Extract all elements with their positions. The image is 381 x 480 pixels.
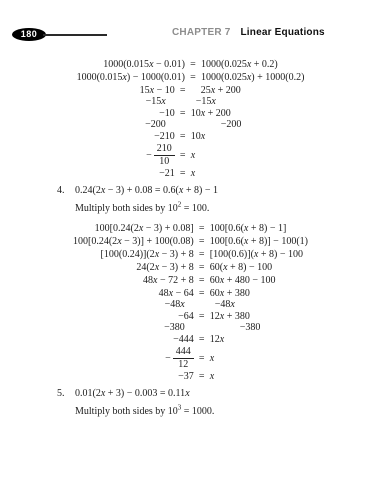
equation-left: −380 — [73, 323, 194, 333]
equation-right: 60x + 480 − 100 — [210, 274, 308, 287]
page-number-badge: 180 — [12, 28, 46, 41]
equation-right: −48x — [210, 300, 308, 310]
equation-left: −44412 — [73, 346, 194, 370]
fraction: −21010 — [146, 144, 175, 167]
fraction-stack: 44412 — [173, 347, 194, 370]
equals-sign: = — [194, 333, 210, 346]
equation-left: 24(2x − 3) + 8 — [73, 261, 194, 274]
equation-left: 48x − 72 + 8 — [73, 274, 194, 287]
equation-right: x — [210, 370, 308, 383]
equals-sign — [194, 300, 210, 310]
equals-sign: = — [175, 107, 191, 120]
equation-right: −380 — [210, 323, 308, 333]
equation-left: −444 — [73, 333, 194, 346]
equals-sign: = — [194, 274, 210, 287]
equation-left: −37 — [73, 370, 194, 383]
note-suffix: = 1000. — [181, 406, 214, 417]
header-divider-line — [43, 34, 107, 36]
denominator: 10 — [154, 156, 175, 167]
equals-sign: = — [194, 235, 210, 248]
equation-right: 1000(0.025x) + 1000(0.2) — [201, 71, 304, 84]
fraction: −44412 — [165, 347, 194, 370]
equation-left: 100[0.24(2x − 3) + 0.08] — [73, 222, 194, 235]
equation-right: 12x — [210, 333, 308, 346]
equation-left: −15x — [140, 97, 175, 107]
problem-statement: 5.0.01(2x + 3) − 0.003 = 0.11x — [57, 387, 381, 400]
problem-equation: 0.01(2x + 3) − 0.003 = 0.11x — [75, 388, 190, 399]
equation-row: 48x − 72 + 8=60x + 480 − 100 — [73, 274, 308, 287]
equation-left: −48x — [73, 300, 194, 310]
equation-right: 10x — [191, 130, 242, 143]
equation-right: x — [191, 143, 242, 167]
equation-row: 24(2x − 3) + 8=60(x + 8) − 100 — [73, 261, 308, 274]
equation-row: −64=12x + 380 — [73, 310, 308, 323]
equals-sign: = — [194, 248, 210, 261]
subtraction-row: −380−380 — [73, 323, 308, 333]
equation-right: x — [210, 346, 308, 370]
equals-sign: = — [175, 130, 191, 143]
equation-right: 100[0.6(x + 8) − 1] — [210, 222, 308, 235]
problem-number: 4. — [57, 184, 75, 197]
equation-right: [100(0.6)](x + 8) − 100 — [210, 248, 308, 261]
chapter-title: Linear Equations — [240, 27, 324, 38]
equation-left: 100[0.24(2x − 3)] + 100(0.08) — [73, 235, 194, 248]
problem-number: 5. — [57, 387, 75, 400]
equals-sign — [175, 97, 191, 107]
steps-block: 100[0.24(2x − 3) + 0.08]=100[0.6(x + 8) … — [73, 222, 308, 383]
note-prefix: Multiply both sides by 10 — [75, 203, 178, 214]
fraction-row: −44412=x — [73, 346, 308, 370]
subtraction-row: −15x−15x — [140, 97, 242, 107]
denominator: 12 — [173, 359, 194, 370]
numerator: 444 — [173, 347, 194, 359]
equals-sign: = — [194, 287, 210, 300]
equals-sign: = — [175, 84, 191, 97]
page-number: 180 — [21, 30, 38, 39]
equals-sign: = — [175, 167, 191, 180]
equals-sign — [194, 323, 210, 333]
steps-block: 15x − 10=25x + 200−15x−15x−10=10x + 200−… — [140, 84, 242, 180]
content: 1000(0.015x − 0.01)=1000(0.025x + 0.2)10… — [0, 58, 381, 425]
equals-sign: = — [175, 143, 191, 167]
equation-left: 1000(0.015x) − 1000(0.01) — [77, 71, 185, 84]
equation-left: −200 — [140, 120, 175, 130]
equals-sign: = — [194, 310, 210, 323]
equation-row: 100[0.24(2x − 3)] + 100(0.08)=100[0.6(x … — [73, 235, 308, 248]
subtraction-row: −200−200 — [140, 120, 242, 130]
equation-row: −37=x — [73, 370, 308, 383]
equation-left: [100(0.24)](2x − 3) + 8 — [73, 248, 194, 261]
textbook-page: 180 CHAPTER 7Linear Equations 1000(0.015… — [0, 0, 381, 480]
problem-statement: 4.0.24(2x − 3) + 0.08 = 0.6(x + 8) − 1 — [57, 184, 381, 197]
equation-row: −210=10x — [140, 130, 242, 143]
equation-left: 1000(0.015x − 0.01) — [77, 58, 185, 71]
equation-row: 100[0.24(2x − 3) + 0.08]=100[0.6(x + 8) … — [73, 222, 308, 235]
steps-block: 1000(0.015x − 0.01)=1000(0.025x + 0.2)10… — [77, 58, 305, 84]
equals-sign — [175, 120, 191, 130]
equation-right: x — [191, 167, 242, 180]
numerator: 210 — [154, 144, 175, 156]
equation-row: −444=12x — [73, 333, 308, 346]
equation-row: −21=x — [140, 167, 242, 180]
equals-sign: = — [194, 261, 210, 274]
equals-sign: = — [185, 71, 201, 84]
note-prefix: Multiply both sides by 10 — [75, 406, 178, 417]
equation-left: −210 — [140, 130, 175, 143]
fraction-stack: 21010 — [154, 144, 175, 167]
equation-row: 1000(0.015x − 0.01)=1000(0.025x + 0.2) — [77, 58, 305, 71]
equals-sign: = — [194, 370, 210, 383]
equation-left: −21010 — [140, 143, 175, 167]
equation-right: −15x — [191, 97, 242, 107]
problem-equation: 0.24(2x − 3) + 0.08 = 0.6(x + 8) − 1 — [75, 185, 218, 196]
equals-sign: = — [194, 346, 210, 370]
chapter-label: CHAPTER 7 — [172, 27, 230, 38]
equation-right: 1000(0.025x + 0.2) — [201, 58, 304, 71]
equation-row: 1000(0.015x) − 1000(0.01)=1000(0.025x) +… — [77, 71, 305, 84]
method-note: Multiply both sides by 103 = 1000. — [75, 405, 381, 418]
minus-sign: − — [146, 150, 152, 161]
equation-right: −200 — [191, 120, 242, 130]
equation-row: [100(0.24)](2x − 3) + 8=[100(0.6)](x + 8… — [73, 248, 308, 261]
equation-right: 60(x + 8) − 100 — [210, 261, 308, 274]
equals-sign: = — [185, 58, 201, 71]
equals-sign: = — [194, 222, 210, 235]
minus-sign: − — [165, 353, 171, 364]
subtraction-row: −48x−48x — [73, 300, 308, 310]
method-note: Multiply both sides by 102 = 100. — [75, 202, 381, 215]
equation-left: −21 — [140, 167, 175, 180]
equation-right: 100[0.6(x + 8)] − 100(1) — [210, 235, 308, 248]
page-header: CHAPTER 7Linear Equations — [172, 27, 325, 38]
fraction-row: −21010=x — [140, 143, 242, 167]
equation-row: 48x − 64=60x + 380 — [73, 287, 308, 300]
note-suffix: = 100. — [181, 203, 209, 214]
